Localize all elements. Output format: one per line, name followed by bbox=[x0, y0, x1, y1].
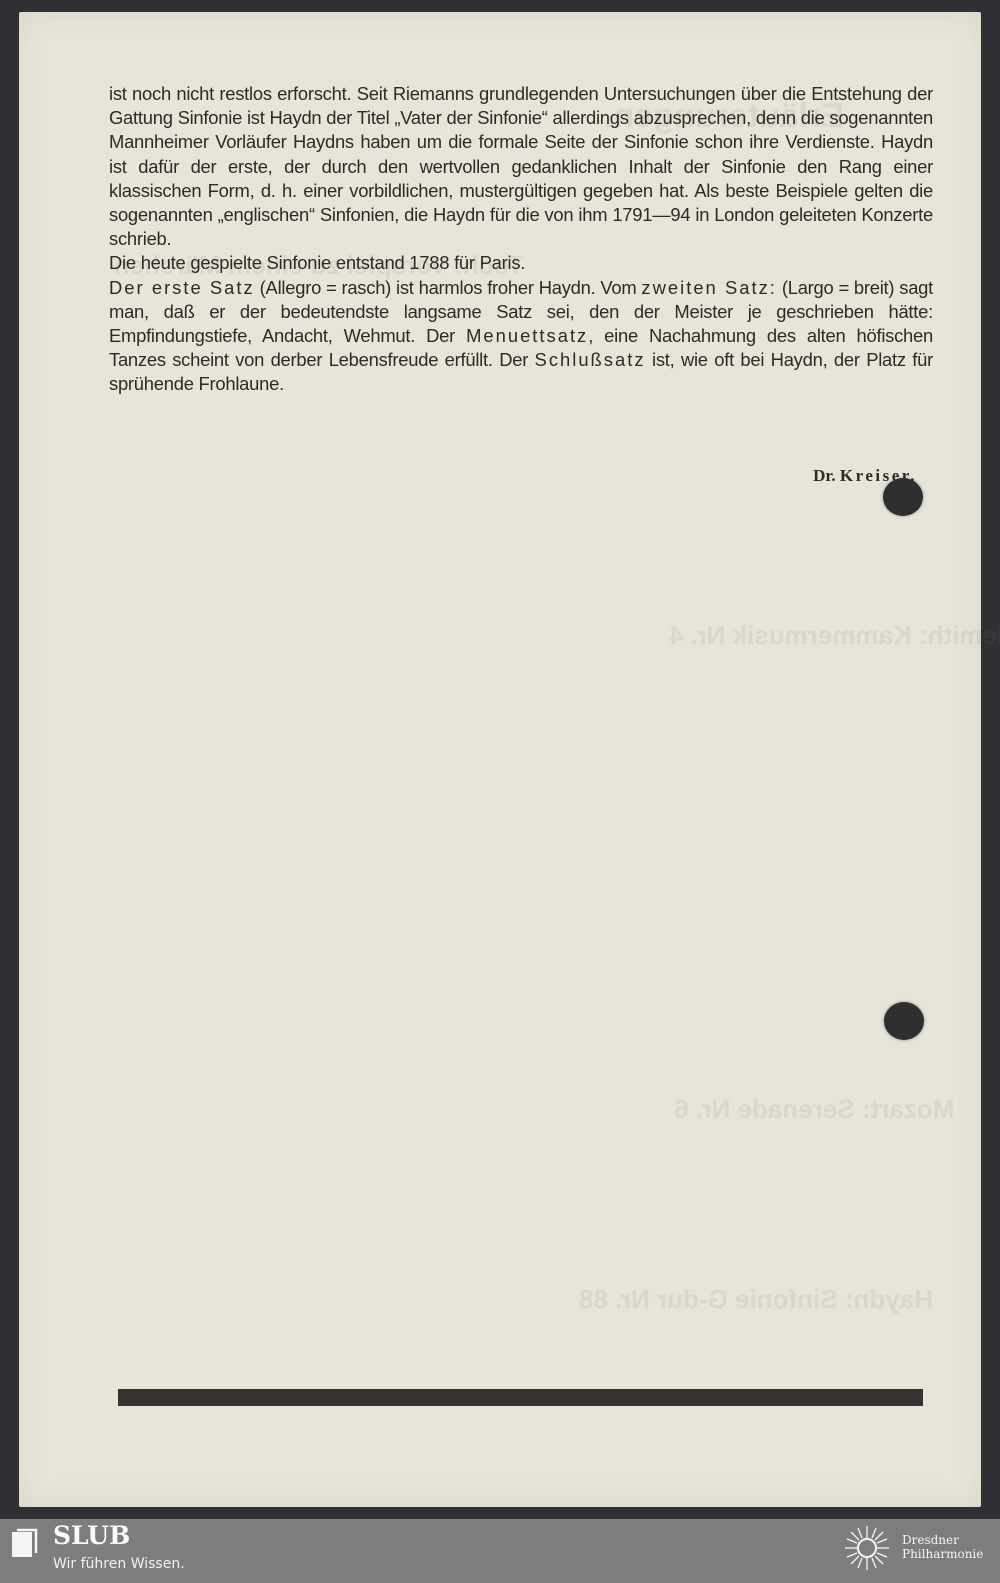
signature-prefix: Dr. bbox=[813, 466, 840, 485]
movement-menuett-label: Menuettsatz bbox=[466, 325, 588, 346]
footer-bar: SLUB Wir führen Wissen. Dresdner Philhar… bbox=[0, 1519, 1000, 1583]
movement-first-label: Der erste Satz bbox=[109, 277, 255, 298]
dresdner-philharmonie-logo-icon bbox=[842, 1523, 892, 1573]
slub-tagline: Wir führen Wissen. bbox=[53, 1556, 185, 1572]
document-body: ist noch nicht restlos erforscht. Seit R… bbox=[109, 82, 933, 397]
bleed-heading: Haydn: Sinfonie G-dur Nr. 88 bbox=[579, 1284, 933, 1315]
paragraph-haydn-intro: ist noch nicht restlos erforscht. Seit R… bbox=[109, 82, 933, 251]
movement-first-text: (Allegro = rasch) ist harmlos froher Hay… bbox=[255, 277, 642, 298]
brand-line-2: Philharmonie bbox=[902, 1548, 983, 1562]
paragraph-paris: Die heute gespielte Sinfonie entstand 17… bbox=[109, 251, 933, 275]
black-rule bbox=[118, 1389, 923, 1406]
bleed-heading: Mozart: Serenade Nr. 6 bbox=[674, 1094, 954, 1125]
movement-second-label: zweiten Satz: bbox=[641, 277, 776, 298]
slub-brand: SLUB bbox=[53, 1521, 130, 1550]
scanned-page: Erläuterungen. Toch: Vorspiel zu einem M… bbox=[19, 12, 981, 1507]
paragraph-movements: Der erste Satz (Allegro = rasch) ist har… bbox=[109, 276, 933, 397]
punch-hole bbox=[884, 1002, 924, 1040]
punch-hole bbox=[883, 478, 923, 516]
movement-final-label: Schlußsatz bbox=[535, 349, 646, 370]
slub-logo-icon bbox=[12, 1527, 42, 1557]
dresdner-philharmonie-brand: Dresdner Philharmonie bbox=[902, 1534, 983, 1561]
brand-line-1: Dresdner bbox=[902, 1534, 983, 1548]
bleed-heading: Hindemith: Kammermusik Nr. 4 bbox=[669, 620, 1000, 651]
